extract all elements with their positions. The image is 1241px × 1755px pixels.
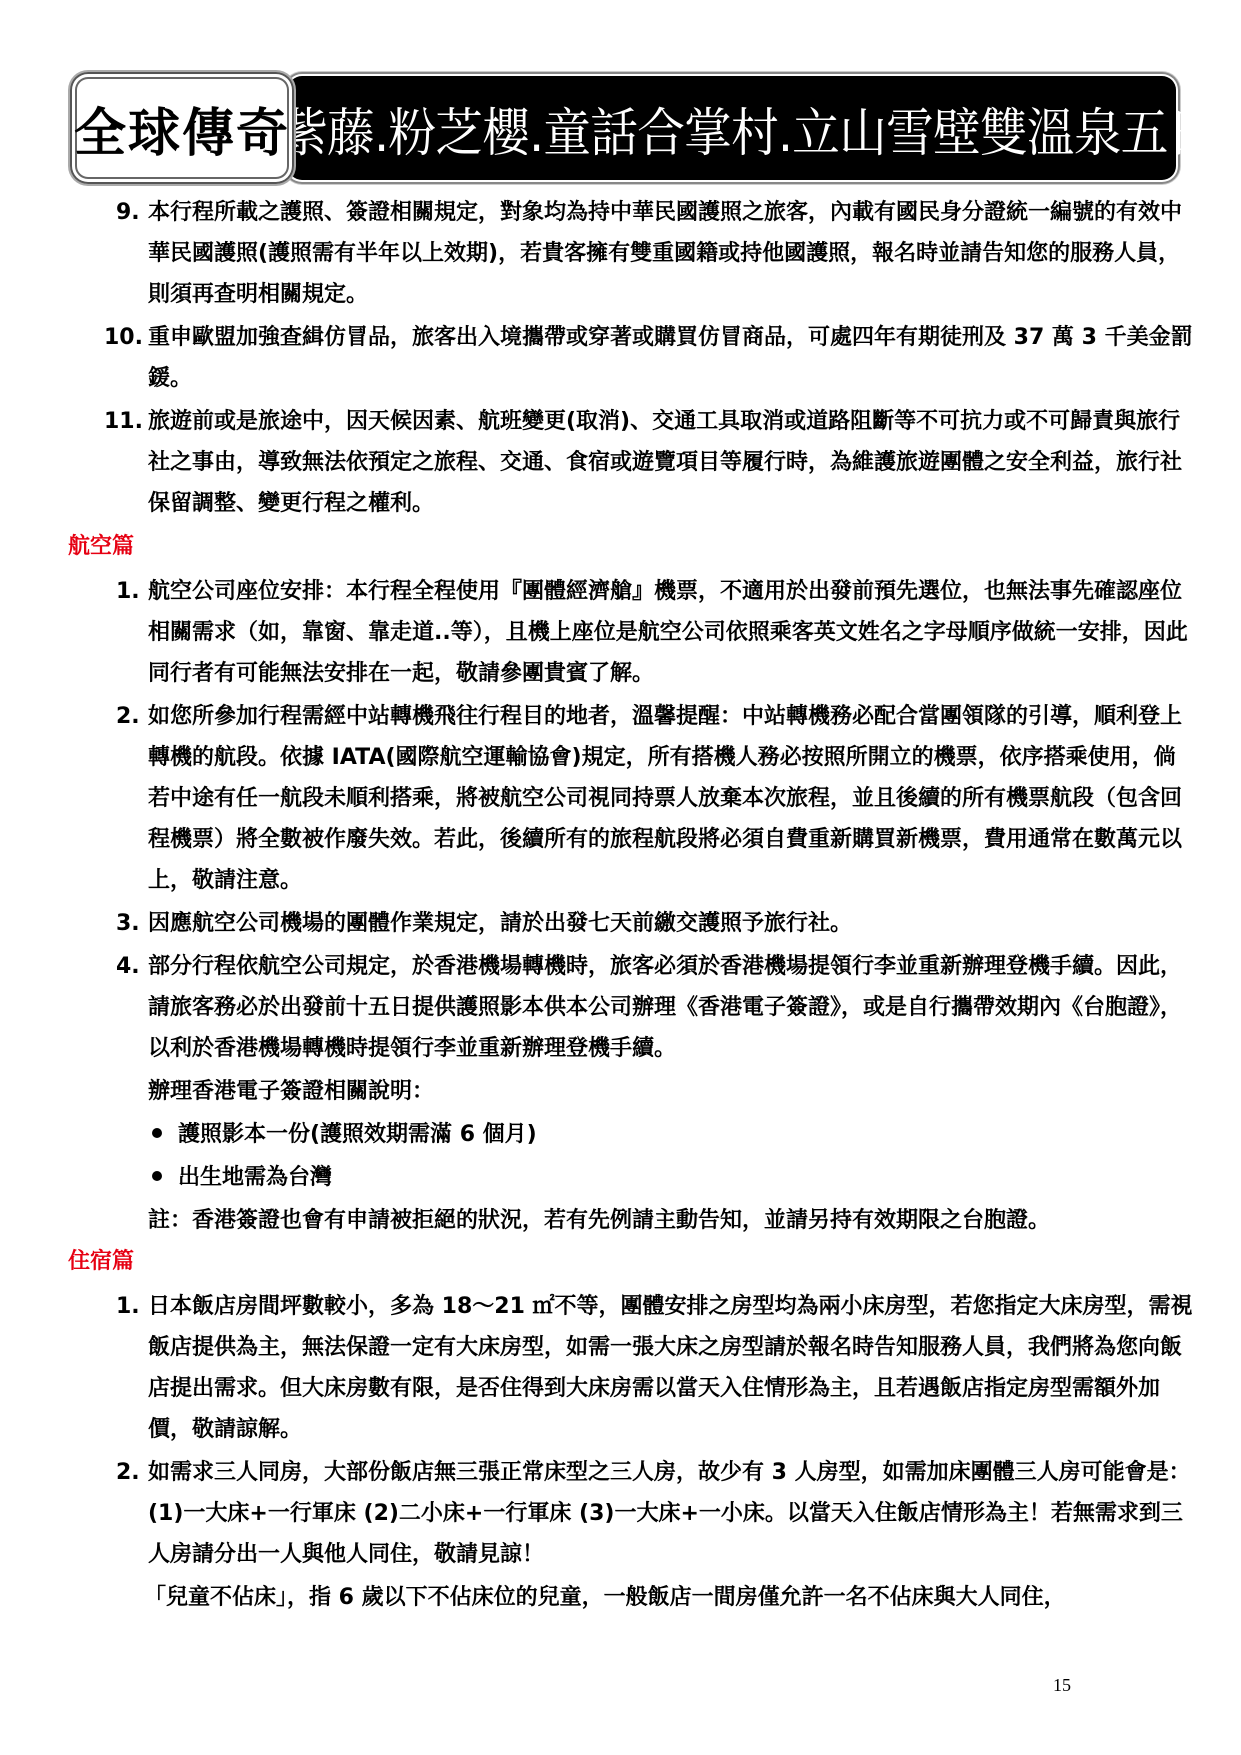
brand-box: 全球傳奇 (70, 72, 294, 184)
item-number: 1. (116, 1286, 140, 1327)
note-item-11: 11. 旅遊前或是旅途中，因天候因素、航班變更(取消)、交通工具取消或道路阻斷等… (74, 401, 1194, 524)
lodging-item-2: 2. 如需求三人同房，大部份飯店無三張正常床型之三人房，故少有 3 人房型，如需… (74, 1452, 1194, 1575)
note-item-9: 9. 本行程所載之護照、簽證相關規定，對象均為持中華民國護照之旅客，內載有國民身… (74, 192, 1194, 315)
item-text: 旅遊前或是旅途中，因天候因素、航班變更(取消)、交通工具取消或道路阻斷等不可抗力… (148, 409, 1182, 516)
item-number: 4. (116, 946, 140, 987)
hk-evisa-heading: 辦理香港電子簽證相關說明： (74, 1071, 1194, 1112)
child-no-bed-note: 「兒童不佔床」，指 6 歲以下不佔床位的兒童，一般飯店一間房僅允許一名不佔床與大… (74, 1577, 1194, 1618)
hk-evisa-bullet: 護照影本一份(護照效期需滿 6 個月) (74, 1114, 1194, 1155)
section-title-lodging: 住宿篇 (68, 1241, 1194, 1282)
item-text: 重申歐盟加強查緝仿冒品，旅客出入境攜帶或穿著或購買仿冒商品，可處四年有期徒刑及 … (148, 325, 1193, 391)
aviation-item-1: 1. 航空公司座位安排：本行程全程使用『團體經濟艙』機票，不適用於出發前預先選位… (74, 571, 1194, 694)
tour-title: 浪漫紫藤.粉芝櫻.童話合掌村.立山雪壁雙溫泉五日 (302, 76, 1099, 180)
item-text: 本行程所載之護照、簽證相關規定，對象均為持中華民國護照之旅客，內載有國民身分證統… (148, 200, 1182, 307)
item-text: 部分行程依航空公司規定，於香港機場轉機時，旅客必須於香港機場提領行李並重新辦理登… (148, 954, 1182, 1061)
aviation-item-3: 3. 因應航空公司機場的團體作業規定，請於出發七天前繳交護照予旅行社。 (74, 903, 1194, 944)
bullet-text: 出生地需為台灣 (178, 1165, 332, 1190)
item-number: 9. (116, 192, 140, 233)
item-text: 如需求三人同房，大部份飯店無三張正常床型之三人房，故少有 3 人房型，如需加床團… (148, 1460, 1191, 1567)
bullet-text: 護照影本一份(護照效期需滿 6 個月) (178, 1122, 537, 1147)
item-number: 2. (116, 696, 140, 737)
page-number: 15 (1053, 1675, 1071, 1696)
item-number: 11. (104, 401, 143, 442)
hk-evisa-bullet: 出生地需為台灣 (74, 1157, 1194, 1198)
header-banner: 浪漫紫藤.粉芝櫻.童話合掌村.立山雪壁雙溫泉五日 全球傳奇 (70, 72, 1176, 188)
bullet-icon (152, 1128, 162, 1138)
item-text: 因應航空公司機場的團體作業規定，請於出發七天前繳交護照予旅行社。 (148, 911, 852, 936)
item-text: 如您所參加行程需經中站轉機飛往行程目的地者，溫馨提醒：中站轉機務必配合當團領隊的… (148, 704, 1182, 893)
hk-visa-note: 註：香港簽證也會有申請被拒絕的狀況，若有先例請主動告知，並請另持有效期限之台胞證… (74, 1200, 1194, 1241)
bullet-icon (152, 1171, 162, 1181)
note-item-10: 10. 重申歐盟加強查緝仿冒品，旅客出入境攜帶或穿著或購買仿冒商品，可處四年有期… (74, 317, 1194, 399)
item-number: 3. (116, 903, 140, 944)
section-title-aviation: 航空篇 (68, 526, 1194, 567)
item-number: 10. (104, 317, 143, 358)
item-number: 2. (116, 1452, 140, 1493)
document-body: 9. 本行程所載之護照、簽證相關規定，對象均為持中華民國護照之旅客，內載有國民身… (74, 192, 1194, 1618)
aviation-item-4: 4. 部分行程依航空公司規定，於香港機場轉機時，旅客必須於香港機場提領行李並重新… (74, 946, 1194, 1069)
item-text: 日本飯店房間坪數較小，多為 18～21 ㎡不等，團體安排之房型均為兩小床房型，若… (148, 1294, 1193, 1442)
aviation-item-2: 2. 如您所參加行程需經中站轉機飛往行程目的地者，溫馨提醒：中站轉機務必配合當團… (74, 696, 1194, 901)
lodging-item-1: 1. 日本飯店房間坪數較小，多為 18～21 ㎡不等，團體安排之房型均為兩小床房… (74, 1286, 1194, 1450)
item-text: 航空公司座位安排：本行程全程使用『團體經濟艙』機票，不適用於出發前預先選位，也無… (148, 579, 1188, 686)
item-number: 1. (116, 571, 140, 612)
brand-name: 全球傳奇 (70, 72, 294, 184)
